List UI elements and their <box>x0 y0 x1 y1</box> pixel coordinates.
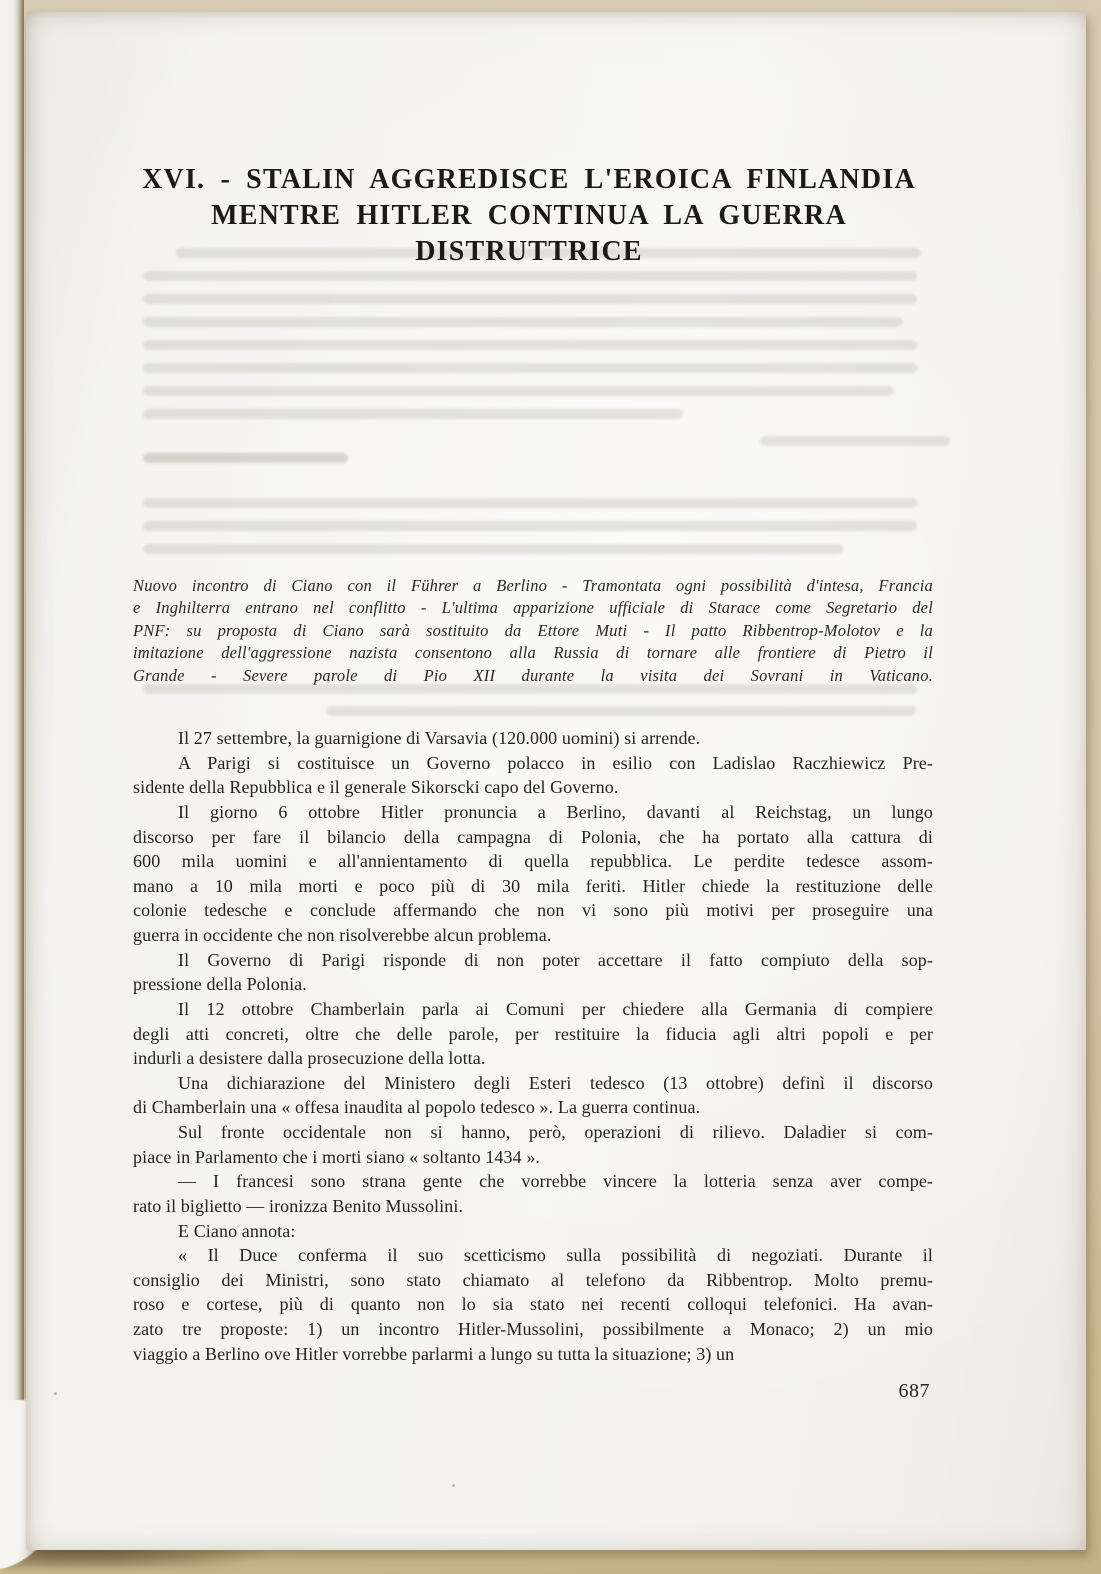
body-line: discorso per fare il bilancio della camp… <box>133 825 933 850</box>
body-line: mano a 10 mila morti e poco più di 30 mi… <box>133 874 933 899</box>
bleed-through-line <box>143 453 348 463</box>
bleed-through-line <box>143 317 903 327</box>
title-line: MENTRE HITLER CONTINUA LA GUERRA <box>125 198 933 234</box>
body-line: piace in Parlamento che i morti siano « … <box>133 1145 933 1170</box>
body-line: Sul fronte occidentale non si hanno, per… <box>133 1120 933 1145</box>
body-line: Il giorno 6 ottobre Hitler pronuncia a B… <box>133 800 933 825</box>
chapter-summary: Nuovo incontro di Ciano con il Führer a … <box>133 575 933 687</box>
body-line: roso e cortese, più di quanto non lo sia… <box>133 1292 933 1317</box>
summary-line: Nuovo incontro di Ciano con il Führer a … <box>133 575 933 597</box>
bleed-through-line <box>143 386 893 396</box>
body-line: di Chamberlain una « offesa inaudita al … <box>133 1095 933 1120</box>
body-line: « Il Duce conferma il suo scetticismo su… <box>133 1243 933 1268</box>
body-line: viaggio a Berlino ove Hitler vorrebbe pa… <box>133 1342 933 1367</box>
bleed-through-line <box>143 340 917 350</box>
bleed-through-line <box>143 294 917 304</box>
summary-line: e Inghilterra entrano nel conflitto - L'… <box>133 597 933 619</box>
summary-line: imitazione dell'aggressione nazista cons… <box>133 642 933 664</box>
body-line: Una dichiarazione del Ministero degli Es… <box>133 1071 933 1096</box>
previous-page-edge <box>0 0 24 1560</box>
body-text: Il 27 settembre, la guarnigione di Varsa… <box>133 726 933 1366</box>
body-line: zato tre proposte: 1) un incontro Hitler… <box>133 1317 933 1342</box>
body-line: 600 mila uomini e all'annientamento di q… <box>133 849 933 874</box>
body-line: pressione della Polonia. <box>133 972 933 997</box>
body-line: guerra in occidente che non risolverebbe… <box>133 923 933 948</box>
book-page: XVI. - STALIN AGGREDISCE L'EROICA FINLAN… <box>26 12 1086 1550</box>
bleed-through-line <box>143 363 917 373</box>
chapter-title: XVI. - STALIN AGGREDISCE L'EROICA FINLAN… <box>125 162 933 270</box>
body-line: A Parigi si costituisce un Governo polac… <box>133 751 933 776</box>
body-line: consiglio dei Ministri, sono stato chiam… <box>133 1268 933 1293</box>
paper-speck <box>452 1484 455 1487</box>
bleed-through-line <box>143 271 917 281</box>
body-line: E Ciano annota: <box>133 1219 933 1244</box>
body-line: indurli a desistere dalla prosecuzione d… <box>133 1046 933 1071</box>
body-line: Il 12 ottobre Chamberlain parla ai Comun… <box>133 997 933 1022</box>
bleed-through-line <box>143 521 917 531</box>
title-line: DISTRUTTRICE <box>125 234 933 270</box>
bleed-through-line <box>143 409 683 419</box>
book-photo: XVI. - STALIN AGGREDISCE L'EROICA FINLAN… <box>0 0 1101 1574</box>
summary-line: Grande - Severe parole di Pio XII durant… <box>133 665 933 687</box>
body-line: degli atti concreti, oltre che delle par… <box>133 1022 933 1047</box>
paper-speck <box>54 1392 57 1395</box>
title-line: XVI. - STALIN AGGREDISCE L'EROICA FINLAN… <box>125 162 933 198</box>
bleed-through-line <box>143 498 917 508</box>
page-number: 687 <box>899 1380 931 1403</box>
bleed-through-line <box>326 706 916 716</box>
bleed-through-line <box>143 544 843 554</box>
body-line: sidente della Repubblica e il generale S… <box>133 775 933 800</box>
body-line: rato il biglietto — ironizza Benito Muss… <box>133 1194 933 1219</box>
body-line: — I francesi sono strana gente che vorre… <box>133 1169 933 1194</box>
body-line: Il Governo di Parigi risponde di non pot… <box>133 948 933 973</box>
bleed-through-line <box>760 436 950 446</box>
body-line: colonie tedesche e conclude affermando c… <box>133 898 933 923</box>
summary-line: PNF: su proposta di Ciano sarà sostituit… <box>133 620 933 642</box>
body-line: Il 27 settembre, la guarnigione di Varsa… <box>133 726 933 751</box>
